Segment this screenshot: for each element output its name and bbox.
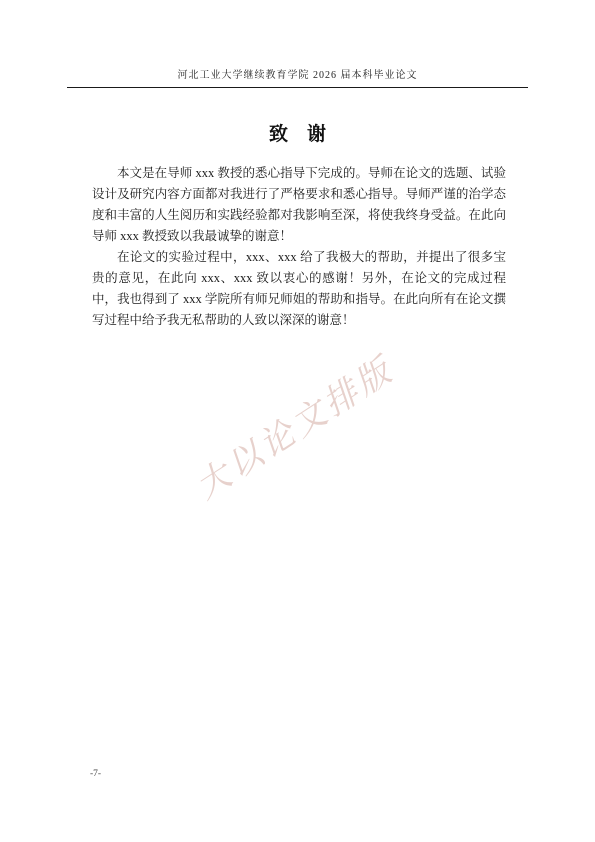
paragraph: 在论文的实验过程中，xxx、xxx 给了我极大的帮助，并提出了很多宝贵的意见，在… <box>92 247 506 331</box>
page-header: 河北工业大学继续教育学院 2026 届本科毕业论文 <box>0 66 595 81</box>
document-page: 河北工业大学继续教育学院 2026 届本科毕业论文 致 谢 本文是在导师 xxx… <box>0 0 595 842</box>
page-title: 致 谢 <box>0 119 595 146</box>
page-number: -7- <box>90 769 101 779</box>
header-divider <box>67 87 528 88</box>
paragraph: 本文是在导师 xxx 教授的悉心指导下完成的。导师在论文的选题、试验设计及研究内… <box>92 163 506 247</box>
body-text: 本文是在导师 xxx 教授的悉心指导下完成的。导师在论文的选题、试验设计及研究内… <box>92 163 506 331</box>
diagonal-watermark: 大以论文排版 <box>154 323 432 527</box>
